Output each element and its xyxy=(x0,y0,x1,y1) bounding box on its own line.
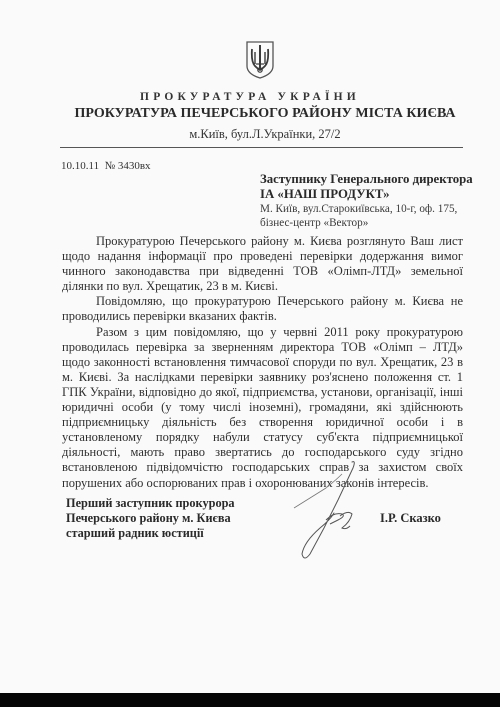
addressee-address-line: М. Київ, вул.Старокиївська, 10-г, оф. 17… xyxy=(260,202,475,216)
letter-body: Прокуратурою Печерського району м. Києва… xyxy=(62,234,463,491)
trident-coat-of-arms-icon xyxy=(245,40,275,80)
addressee-title: Заступнику Генерального директора xyxy=(260,172,475,187)
office-address: м.Київ, бул.Л.Українки, 27/2 xyxy=(0,127,500,142)
signatory-position-line: старший радник юстиції xyxy=(66,526,235,541)
authority-heading: ПРОКУРАТУРА УКРАЇНИ xyxy=(0,91,500,103)
addressee-block: Заступнику Генерального директора ІА «НА… xyxy=(260,172,475,230)
signer-name: І.Р. Сказко xyxy=(380,511,441,526)
letterhead-divider xyxy=(60,147,463,148)
body-paragraph: Прокуратурою Печерського району м. Києва… xyxy=(62,234,463,294)
body-paragraph: Повідомляю, що прокуратурою Печерського … xyxy=(62,294,463,324)
signatory-position: Перший заступник прокурора Печерського р… xyxy=(66,496,235,541)
signatory-position-line: Перший заступник прокурора xyxy=(66,496,235,511)
addressee-address-line: бізнес-центр «Вектор» xyxy=(260,216,475,230)
body-paragraph: Разом з цим повідомляю, що у червні 2011… xyxy=(62,325,463,491)
office-heading: ПРОКУРАТУРА ПЕЧЕРСЬКОГО РАЙОНУ МІСТА КИЄ… xyxy=(0,106,500,122)
signatory-position-line: Печерського району м. Києва xyxy=(66,511,235,526)
addressee-organization: ІА «НАШ ПРОДУКТ» xyxy=(260,187,475,202)
scan-bottom-border xyxy=(0,693,500,707)
letter-page: ПРОКУРАТУРА УКРАЇНИ ПРОКУРАТУРА ПЕЧЕРСЬК… xyxy=(0,0,500,693)
reference-date: 10.10.11 xyxy=(61,160,99,172)
reference-line: 10.10.11 № 3430вх xyxy=(61,160,151,172)
reference-number: № 3430вх xyxy=(105,160,151,172)
